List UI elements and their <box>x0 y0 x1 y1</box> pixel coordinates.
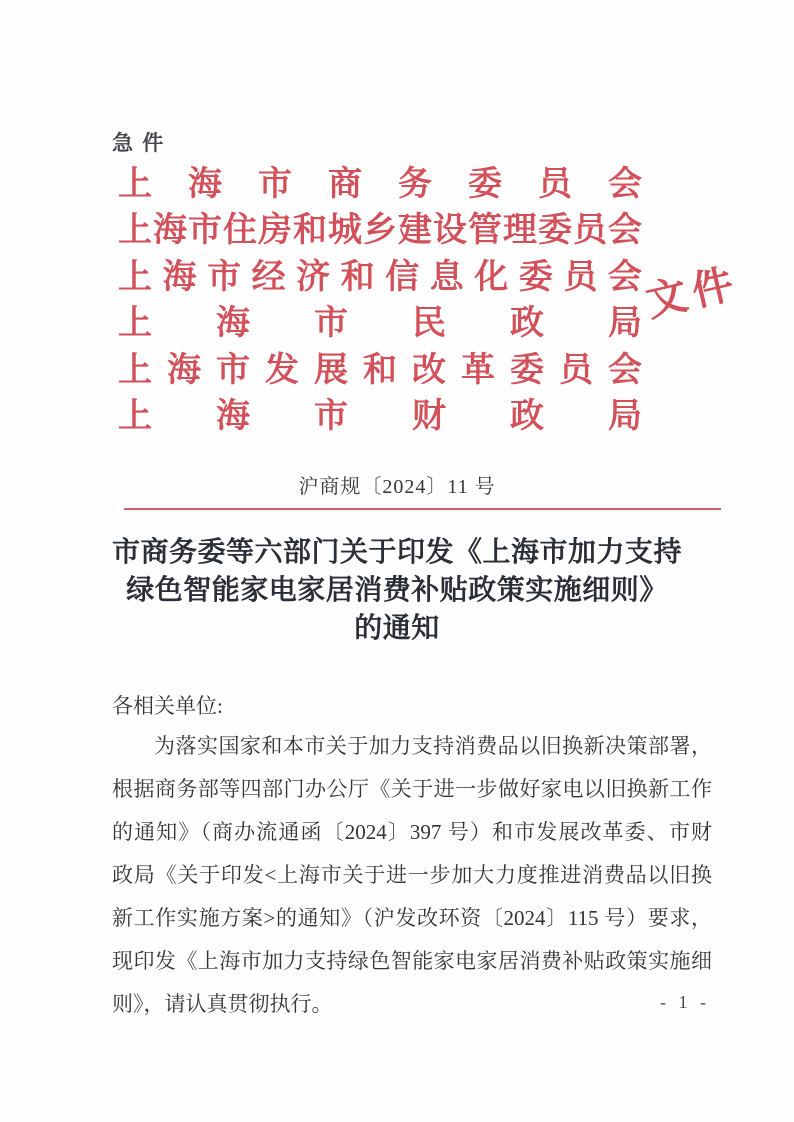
body-line: 政局《关于印发<上海市关于进一步加大力度推进消费品以旧换 <box>112 855 712 898</box>
agency-name-line: 上海市民政局 <box>118 297 642 344</box>
body-line: 根据商务部等四部门办公厅《关于进一步做好家电以旧换新工作 <box>112 769 712 812</box>
body-line: 则》，请认真贯彻执行。 <box>112 984 712 1027</box>
letterhead-document-suffix: 文件 <box>639 250 744 329</box>
agency-name-line: 上海市经济和信息化委员会 <box>118 250 642 297</box>
document-title-line: 的通知 <box>60 610 734 648</box>
agency-name-line: 上海市发展和改革委员会 <box>118 343 642 390</box>
red-divider-rule <box>124 508 721 510</box>
agency-name-line: 上海市财政局 <box>118 390 642 437</box>
page-number: - 1 - <box>660 992 710 1013</box>
document-title-line: 市商务委等六部门关于印发《上海市加力支持 <box>60 534 734 572</box>
agency-name-line: 上海市住房和城乡建设管理委员会 <box>118 204 642 251</box>
body-line: 为落实国家和本市关于加力支持消费品以旧换新决策部署， <box>112 726 712 769</box>
body-line: 现印发《上海市加力支持绿色智能家电家居消费补贴政策实施细 <box>112 941 712 984</box>
document-reference-number: 沪商规〔2024〕11 号 <box>0 470 794 499</box>
urgent-label: 急 件 <box>112 127 165 157</box>
salutation: 各相关单位: <box>112 690 223 720</box>
body-line: 的通知》（商办流通函〔2024〕397 号）和市发展改革委、市财 <box>112 812 712 855</box>
document-title: 市商务委等六部门关于印发《上海市加力支持 绿色智能家电家居消费补贴政策实施细则》… <box>60 534 734 648</box>
body-line: 新工作实施方案>的通知》（沪发改环资〔2024〕115 号）要求， <box>112 898 712 941</box>
letterhead-agency-block: 上海市商务委员会 上海市住房和城乡建设管理委员会 上海市经济和信息化委员会 上海… <box>118 157 642 436</box>
scanned-document-page: 急 件 上海市商务委员会 上海市住房和城乡建设管理委员会 上海市经济和信息化委员… <box>0 0 794 1122</box>
body-paragraph: 为落实国家和本市关于加力支持消费品以旧换新决策部署， 根据商务部等四部门办公厅《… <box>112 726 712 1027</box>
document-title-line: 绿色智能家电家居消费补贴政策实施细则》 <box>60 572 734 610</box>
agency-name-line: 上海市商务委员会 <box>118 157 642 204</box>
